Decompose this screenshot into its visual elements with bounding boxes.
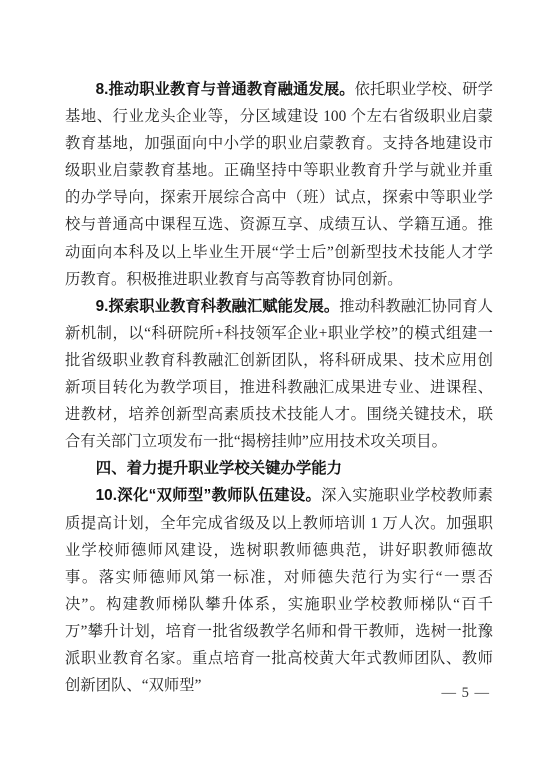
document-page: 8.推动职业教育与普通教育融通发展。依托职业学校、研学基地、行业龙头企业等，分区… bbox=[0, 0, 550, 777]
section-heading: 四、着力提升职业学校关键办学能力 bbox=[65, 455, 493, 482]
document-body: 8.推动职业教育与普通教育融通发展。依托职业学校、研学基地、行业龙头企业等，分区… bbox=[65, 76, 493, 699]
page-number: — 5 — bbox=[442, 684, 491, 702]
paragraph-10-lead: 10.深化“双师型”教师队伍建设。 bbox=[96, 487, 322, 504]
paragraph-8-lead: 8.推动职业教育与普通教育融通发展。 bbox=[96, 81, 355, 98]
paragraph-10: 10.深化“双师型”教师队伍建设。深入实施职业学校教师素质提高计划，全年完成省级… bbox=[65, 482, 493, 699]
paragraph-8: 8.推动职业教育与普通教育融通发展。依托职业学校、研学基地、行业龙头企业等，分区… bbox=[65, 76, 493, 293]
paragraph-9-lead: 9.探索职业教育科教融汇赋能发展。 bbox=[96, 298, 340, 315]
paragraph-9: 9.探索职业教育科教融汇赋能发展。推动科教融汇协同育人新机制，以“科研院所+科技… bbox=[65, 293, 493, 456]
paragraph-8-body: 依托职业学校、研学基地、行业龙头企业等，分区域建设 100 个左右省级职业启蒙教… bbox=[65, 81, 493, 288]
paragraph-9-body: 推动科教融汇协同育人新机制，以“科研院所+科技领军企业+职业学校”的模式组建一批… bbox=[65, 298, 493, 450]
paragraph-10-body: 深入实施职业学校教师素质提高计划，全年完成省级及以上教师培训 1 万人次。加强职… bbox=[65, 487, 493, 694]
